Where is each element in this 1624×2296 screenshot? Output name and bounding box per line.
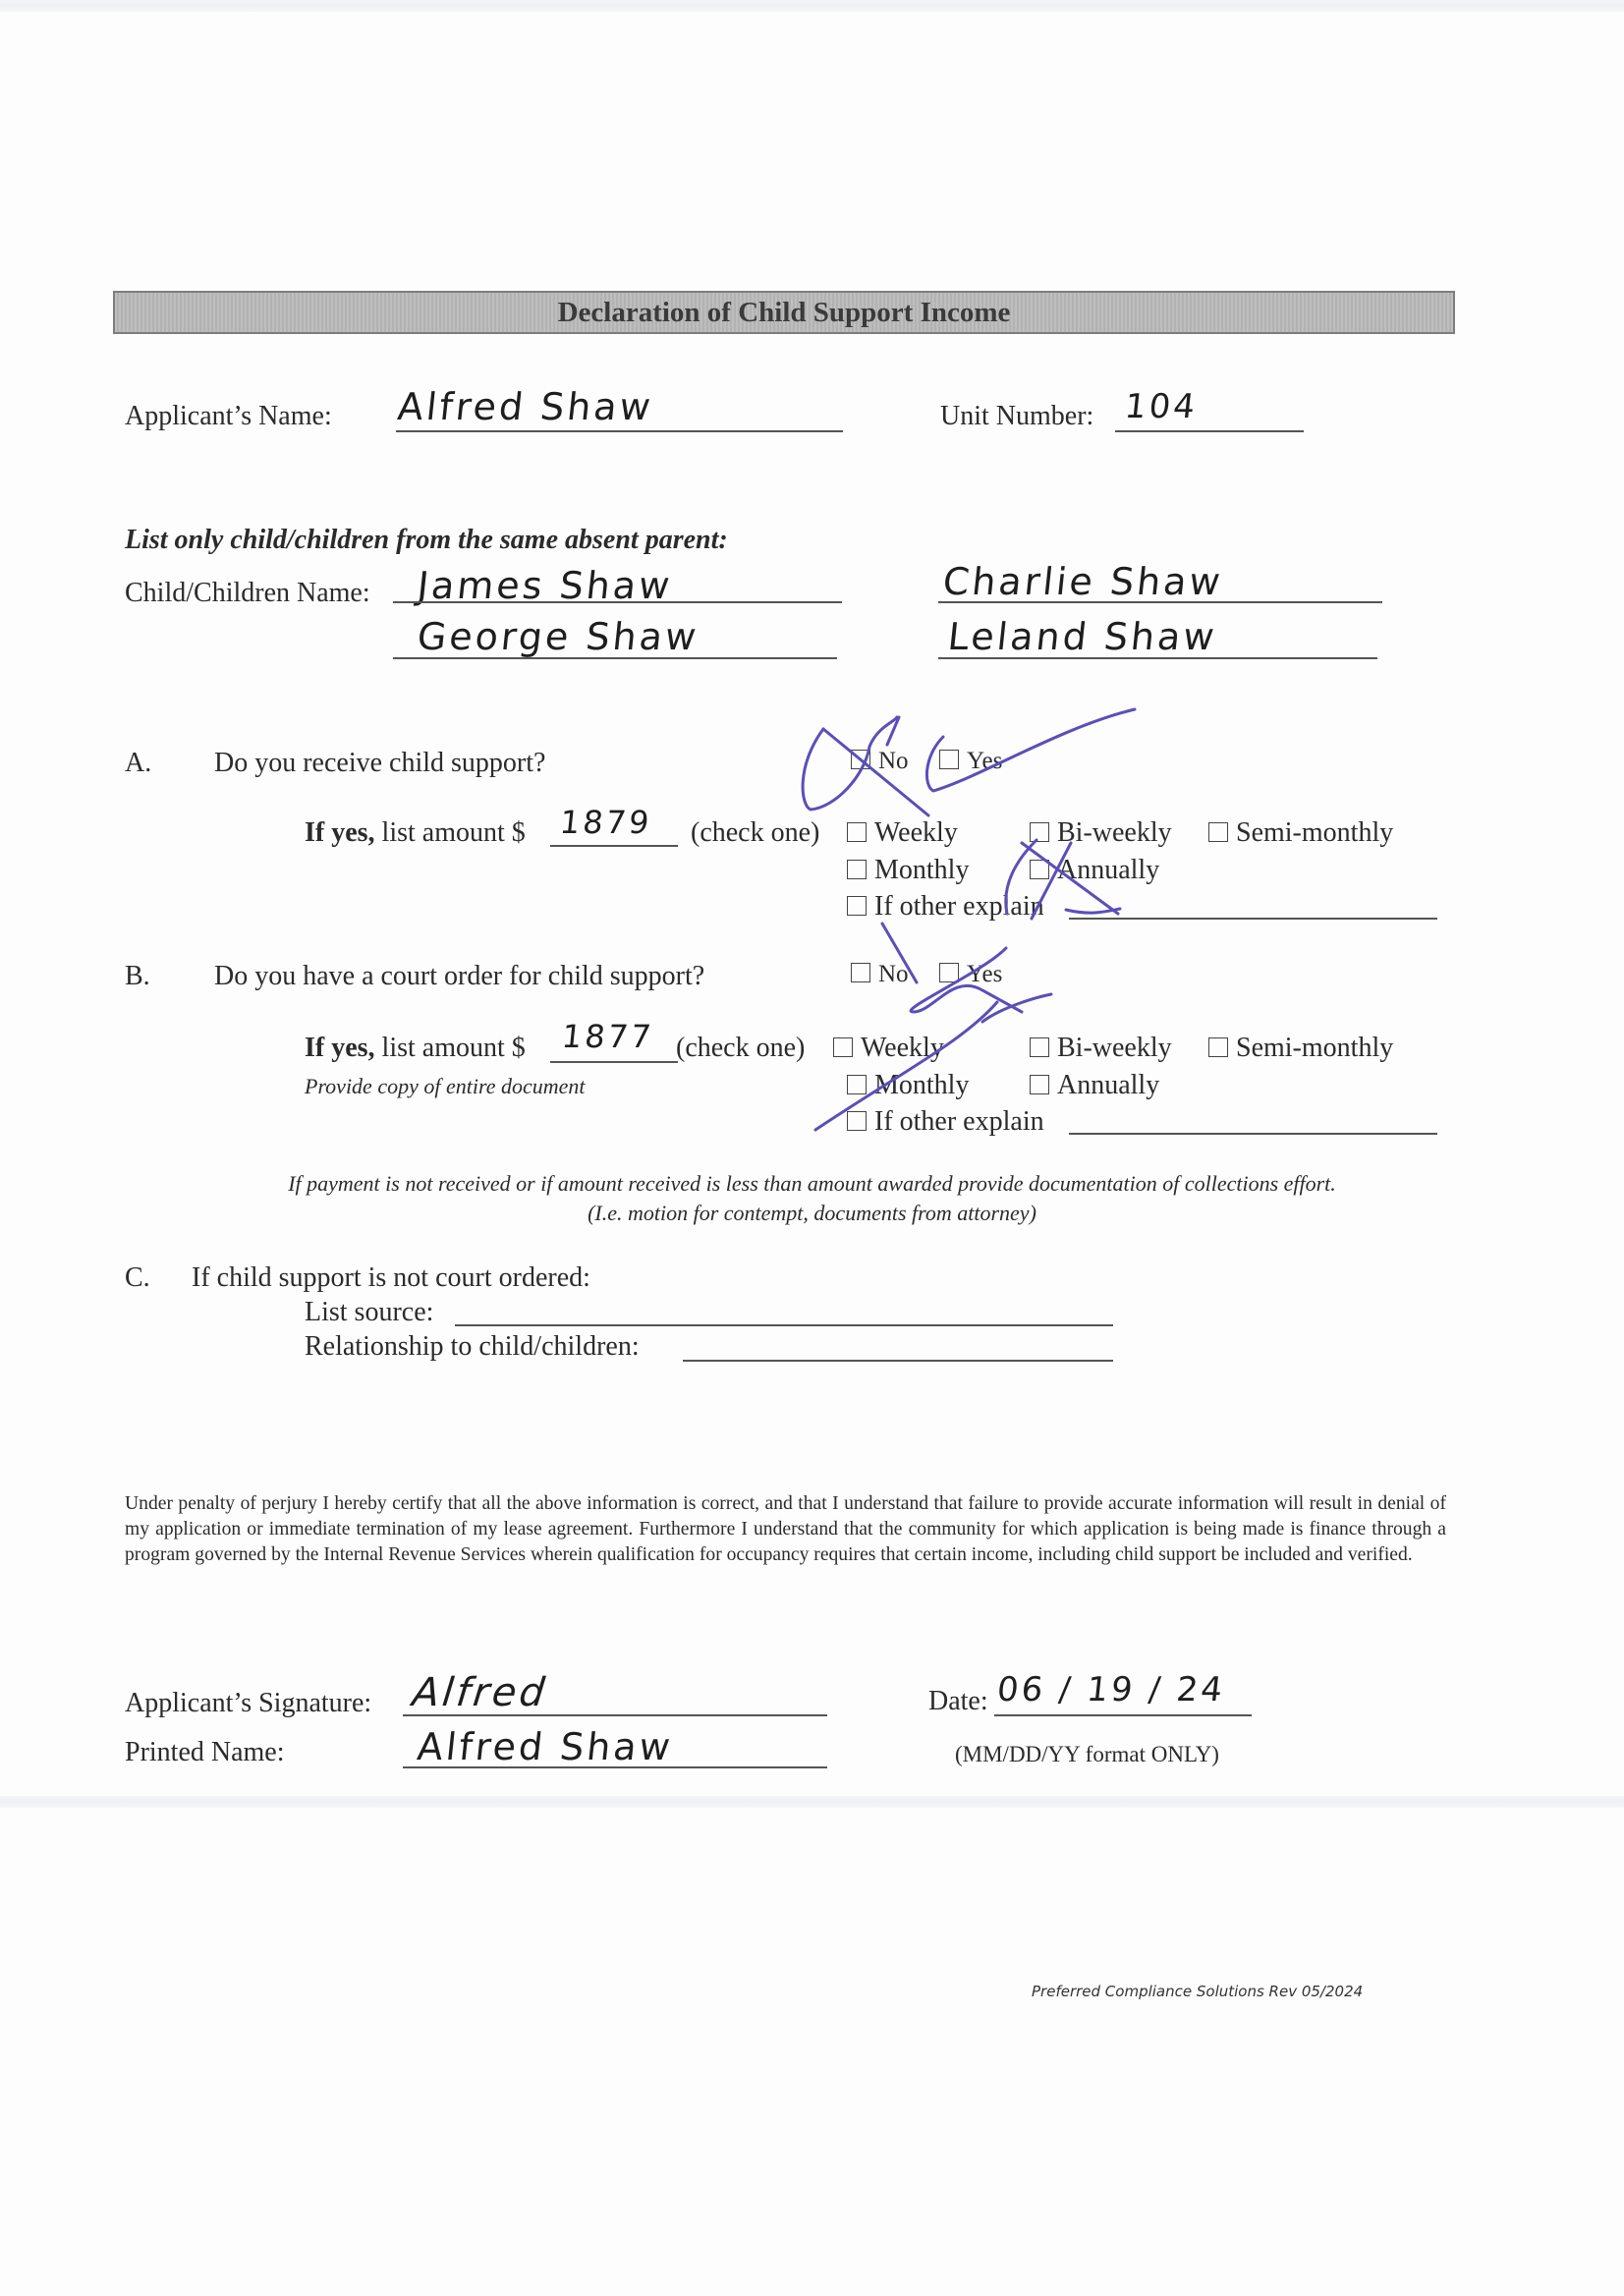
checkbox[interactable] <box>847 860 867 879</box>
freq-weekly[interactable]: Weekly <box>847 817 958 849</box>
child-name-3[interactable]: George Shaw <box>416 615 701 658</box>
signature-line <box>403 1714 827 1716</box>
certification-text: Under penalty of perjury I hereby certif… <box>125 1491 1446 1568</box>
children-instruction: List only child/children from the same a… <box>125 525 728 556</box>
option-label: Weekly <box>861 1033 944 1063</box>
collections-note-line1: If payment is not received or if amount … <box>0 1171 1624 1197</box>
option-label: Yes <box>967 748 1002 774</box>
option-label: No <box>878 961 909 987</box>
option-label: Annually <box>1057 855 1159 885</box>
section-b-amount-value[interactable]: 1877 <box>560 1018 655 1055</box>
form-title: Declaration of Child Support Income <box>115 293 1453 332</box>
date-format-note: (MM/DD/YY format ONLY) <box>955 1742 1219 1767</box>
freq-semimonthly[interactable]: Semi-monthly <box>1208 817 1393 849</box>
section-c-heading: If child support is not court ordered: <box>192 1262 590 1294</box>
unit-number-value[interactable]: 104 <box>1123 387 1200 426</box>
section-b-question: Do you have a court order for child supp… <box>214 961 704 992</box>
collections-note-line2: (I.e. motion for contempt, documents fro… <box>0 1201 1624 1226</box>
scan-edge-top <box>0 0 1624 12</box>
signature-label: Applicant’s Signature: <box>125 1688 371 1719</box>
amount-label: list amount $ <box>382 1033 526 1063</box>
checkbox[interactable] <box>1030 1075 1049 1094</box>
date-label: Date: <box>928 1686 988 1717</box>
if-yes-label: If yes, <box>305 817 375 848</box>
if-yes-label: If yes, <box>305 1033 375 1063</box>
section-c-letter: C. <box>125 1262 150 1294</box>
unit-number-line <box>1115 430 1304 432</box>
list-source-label: List source: <box>305 1297 433 1328</box>
applicant-name-line <box>396 430 843 432</box>
child-line-4 <box>938 657 1377 659</box>
amount-label: list amount $ <box>382 817 526 848</box>
freq-biweekly[interactable]: Bi-weekly <box>1030 1033 1172 1064</box>
date-value[interactable]: 06 / 19 / 24 <box>995 1670 1227 1709</box>
section-b-note: Provide copy of entire document <box>305 1074 586 1099</box>
option-label: Annually <box>1057 1070 1159 1100</box>
option-label: No <box>878 748 909 774</box>
freq-semimonthly[interactable]: Semi-monthly <box>1208 1033 1393 1064</box>
option-label: Weekly <box>874 817 958 848</box>
section-a-no-option[interactable]: No <box>851 748 909 775</box>
section-b-letter: B. <box>125 961 150 992</box>
child-line-2 <box>938 601 1382 603</box>
applicant-name-label: Applicant’s Name: <box>125 401 332 432</box>
checkbox[interactable] <box>939 963 959 982</box>
amount-line <box>550 845 678 847</box>
relationship-field[interactable] <box>683 1360 1113 1362</box>
checkbox[interactable] <box>1208 822 1228 842</box>
checkbox[interactable] <box>1030 822 1049 842</box>
section-a-amount-label: If yes, list amount $ <box>305 817 526 849</box>
list-source-field[interactable] <box>455 1324 1113 1326</box>
check-one-label: (check one) <box>691 817 819 849</box>
freq-other[interactable]: If other explain <box>847 891 1044 923</box>
checkbox[interactable] <box>851 750 870 769</box>
section-a-question: Do you receive child support? <box>214 748 545 779</box>
section-a-amount-value[interactable]: 1879 <box>558 804 653 841</box>
checkbox[interactable] <box>1208 1037 1228 1057</box>
section-a-yes-option[interactable]: Yes <box>939 748 1002 775</box>
printed-name-value[interactable]: Alfred Shaw <box>416 1725 675 1768</box>
freq-monthly[interactable]: Monthly <box>847 855 969 886</box>
section-b-no-option[interactable]: No <box>851 961 909 988</box>
checkbox[interactable] <box>939 750 959 769</box>
pen-markings <box>0 0 1624 2296</box>
freq-weekly[interactable]: Weekly <box>833 1033 944 1064</box>
option-label: Semi-monthly <box>1236 817 1393 848</box>
checkbox[interactable] <box>847 1075 867 1094</box>
scan-band <box>0 1796 1624 1808</box>
check-one-label: (check one) <box>676 1033 805 1064</box>
other-explain-line[interactable] <box>1069 1133 1437 1135</box>
footer-revision: Preferred Compliance Solutions Rev 05/20… <box>1032 1983 1363 2000</box>
unit-number-label: Unit Number: <box>940 401 1093 432</box>
child-line-3 <box>393 657 837 659</box>
checkbox[interactable] <box>847 822 867 842</box>
option-label: If other explain <box>874 891 1044 922</box>
checkbox[interactable] <box>1030 1037 1049 1057</box>
applicant-name-value[interactable]: Alfred Shaw <box>396 385 655 428</box>
option-label: Monthly <box>874 855 969 885</box>
relationship-label: Relationship to child/children: <box>305 1331 640 1363</box>
section-b-yes-option[interactable]: Yes <box>939 961 1002 988</box>
freq-biweekly[interactable]: Bi-weekly <box>1030 817 1172 849</box>
checkbox[interactable] <box>847 1111 867 1131</box>
option-label: Bi-weekly <box>1057 1033 1172 1063</box>
checkbox[interactable] <box>851 963 870 982</box>
checkbox[interactable] <box>847 896 867 916</box>
option-label: Yes <box>967 961 1002 987</box>
checkbox[interactable] <box>833 1037 853 1057</box>
printed-name-label: Printed Name: <box>125 1737 285 1768</box>
section-b-amount-label: If yes, list amount $ <box>305 1033 526 1064</box>
section-a-letter: A. <box>125 748 151 779</box>
option-label: If other explain <box>874 1106 1044 1137</box>
child-line-1 <box>393 601 842 603</box>
option-label: Bi-weekly <box>1057 817 1172 848</box>
option-label: Semi-monthly <box>1236 1033 1393 1063</box>
freq-annually[interactable]: Annually <box>1030 855 1159 886</box>
signature-value[interactable]: Alfred <box>411 1670 550 1715</box>
freq-other[interactable]: If other explain <box>847 1106 1044 1138</box>
option-label: Monthly <box>874 1070 969 1100</box>
other-explain-line[interactable] <box>1069 918 1437 920</box>
printed-name-line <box>403 1766 827 1768</box>
freq-annually[interactable]: Annually <box>1030 1070 1159 1101</box>
form-title-bar: Declaration of Child Support Income <box>113 291 1455 334</box>
freq-monthly[interactable]: Monthly <box>847 1070 969 1101</box>
child-name-4[interactable]: Leland Shaw <box>946 615 1219 658</box>
checkbox[interactable] <box>1030 860 1049 879</box>
date-line <box>994 1714 1252 1716</box>
children-label: Child/Children Name: <box>125 578 370 609</box>
amount-line <box>550 1061 678 1063</box>
child-name-2[interactable]: Charlie Shaw <box>941 560 1225 603</box>
